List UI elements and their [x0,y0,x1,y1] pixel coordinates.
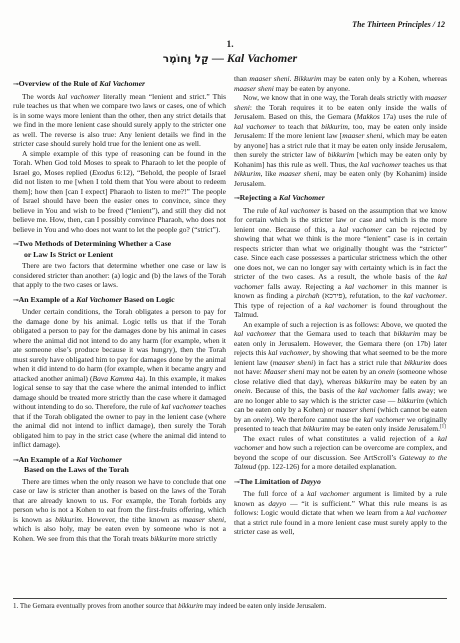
running-header: The Thirteen Principles / 12 [13,20,447,32]
paragraph: The full force of a kal vachomer argumen… [234,489,447,537]
section-ornament-icon: ⊸ [13,80,19,88]
section-ornament-icon: ⊸ [234,478,240,486]
section-ornament-icon: ⊸ [13,240,19,248]
running-title: The Thirteen Principles [352,20,431,29]
right-column: than maaser sheni. Bikkurim may be eaten… [234,74,447,537]
chapter-title-latin: Kal Vachomer [227,51,297,65]
chapter-title-dash: — [209,51,227,65]
footnote-divider [13,598,447,599]
footnote-area: 1. The Gemara eventually proves from ano… [13,595,447,643]
paragraph: There are two factors that determine whe… [13,261,226,290]
section-heading: ⊸ Overview of the Rule of Kal Vachomer [13,79,226,90]
section-heading: ⊸ The Limitation of Dayyo [234,477,447,488]
paragraph: An example of such a rejection is as fol… [234,320,447,434]
footnote-text: 1. The Gemara eventually proves from ano… [13,602,447,611]
chapter-number: 1. [13,40,447,50]
paragraph: The words kal vachomer literally mean “l… [13,92,226,149]
chapter-title: קַל וָחוֹמֶר — Kal Vachomer [13,51,447,66]
section-heading: ⊸ An Example of a Kal VachomerBased on t… [13,455,226,475]
paragraph: The rule of kal vachomer is based on the… [234,206,447,320]
page-number: 12 [437,20,445,29]
paragraph: Under certain conditions, the Torah obli… [13,307,226,450]
chapter-title-hebrew: קַל וָחוֹמֶר [163,53,209,65]
two-column-body: ⊸ Overview of the Rule of Kal VachomerTh… [13,74,447,543]
paragraph: There are times when the only reason we … [13,477,226,544]
paragraph: A simple example of this type of reasoni… [13,149,226,235]
section-ornament-icon: ⊸ [13,456,19,464]
left-column: ⊸ Overview of the Rule of Kal VachomerTh… [13,74,226,543]
section-heading: ⊸ Rejecting a Kal Vachomer [234,193,447,204]
section-ornament-icon: ⊸ [13,296,19,304]
section-heading: ⊸ Two Methods of Determining Whether a C… [13,239,226,259]
paragraph: than maaser sheni. Bikkurim may be eaten… [234,74,447,93]
paragraph: Now, we know that in one way, the Torah … [234,93,447,188]
book-page: The Thirteen Principles / 12 1. קַל וָחו… [0,0,460,643]
paragraph: The exact rules of what constitutes a va… [234,434,447,472]
section-ornament-icon: ⊸ [234,194,240,202]
section-heading: ⊸ An Example of a Kal Vachomer Based on … [13,295,226,306]
